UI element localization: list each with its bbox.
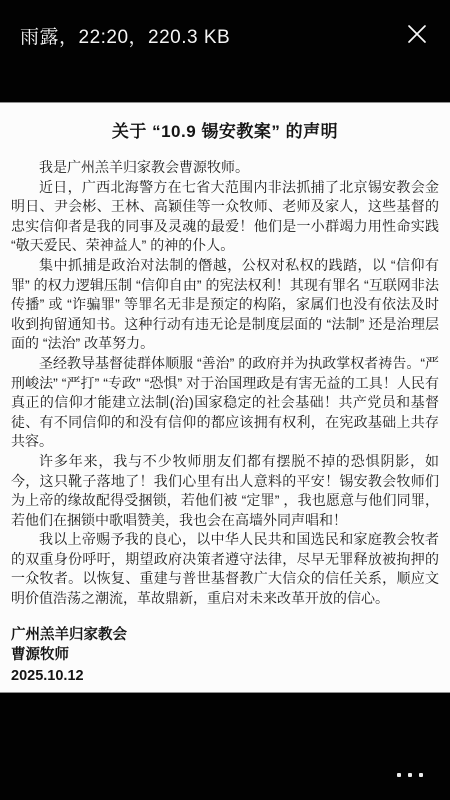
more-options-button[interactable] <box>397 768 423 782</box>
doc-paragraph: 集中抓捕是政治对法制的僭越，公权对私权的践踏，以 “信仰有罪” 的权力逻辑压制 … <box>11 256 439 354</box>
image-viewer-screen: 雨露，22:20，220.3 KB 关于 “10.9 锡安教案” 的声明 我是广… <box>0 0 450 800</box>
close-icon <box>405 22 429 49</box>
more-icon <box>397 773 401 777</box>
doc-paragraph: 我以上帝赐予我的良心，以中华人民共和国选民和家庭教会牧者的双重身份呼吁，期望政府… <box>11 530 439 608</box>
file-info-text: 雨露，22:20，220.3 KB <box>20 22 230 49</box>
doc-paragraph: 近日，广西北海警方在七省大范围内非法抓捕了北京锡安教会金明日、尹会彬、王林、高颖… <box>11 178 439 256</box>
document-title: 关于 “10.9 锡安教案” 的声明 <box>11 117 439 142</box>
doc-paragraph: 圣经教导基督徒群体顺服 “善治” 的政府并为执政掌权者祷告。“严刑峻法” “严打… <box>11 354 439 452</box>
signature-block: 广州羔羊归家教会曹源牧师2025.10.12 <box>11 625 439 687</box>
more-icon <box>408 773 412 777</box>
viewer-footer <box>0 693 450 800</box>
doc-paragraph: 我是广州羔羊归家教会曹源牧师。 <box>11 158 439 178</box>
signature-line: 曹源牧师 <box>11 645 439 666</box>
doc-paragraph: 许多年来，我与不少牧师朋友们都有摆脱不掉的恐惧阴影，如今，这只靴子落地了！我们心… <box>11 452 439 530</box>
signature-line: 2025.10.12 <box>11 666 439 687</box>
close-button[interactable] <box>402 20 432 50</box>
document-body: 我是广州羔羊归家教会曹源牧师。近日，广西北海警方在七省大范围内非法抓捕了北京锡安… <box>11 158 439 609</box>
document-image[interactable]: 关于 “10.9 锡安教案” 的声明 我是广州羔羊归家教会曹源牧师。近日，广西北… <box>0 102 450 693</box>
viewer-header: 雨露，22:20，220.3 KB <box>0 0 450 102</box>
signature-line: 广州羔羊归家教会 <box>11 625 439 646</box>
more-icon <box>419 773 423 777</box>
